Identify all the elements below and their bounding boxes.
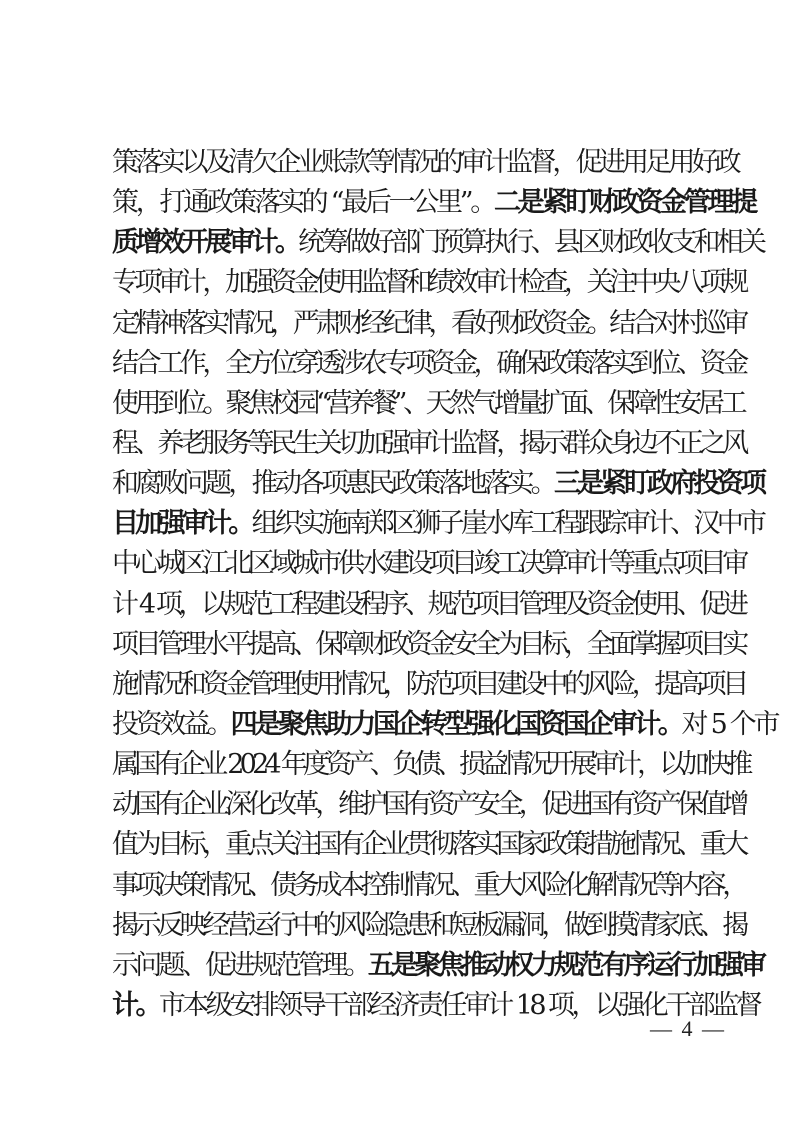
text-segment: 中心城区江北区域城市供水建设项目竣工决算审计等重点项目审 xyxy=(112,544,745,584)
text-segment: 计 4 项，以规范工程建设程序、规范项目管理及资金使用、促进 xyxy=(112,585,745,625)
section-heading-2: 二是紧盯财政资金管理提 xyxy=(494,183,755,223)
text-segment: 揭示反映经营运行中的风险隐患和短板漏洞，做到摸清家底、揭 xyxy=(112,906,745,946)
text-segment: 统筹做好部门预算执行、县区财政收支和相关 xyxy=(298,223,763,263)
text-line: 目加强审计。 组织实施南郑区狮子崖水库工程跟踪审计、汉中市 xyxy=(112,504,712,544)
text-line: 中心城区江北区域城市供水建设项目竣工决算审计等重点项目审 xyxy=(112,544,712,584)
section-heading-4: 四是聚焦助力国企转型强化国资国企审计。 xyxy=(231,705,682,745)
text-segment: 投资效益。 xyxy=(112,705,231,745)
text-line: 结合工作，全方位穿透涉农专项资金，确保政策落实到位、资金 xyxy=(112,344,712,384)
text-segment: 程、养老服务等民生关切加强审计监督，揭示群众身边不正之风 xyxy=(112,424,745,464)
section-heading-3: 三是紧盯政府投资项 xyxy=(554,464,763,504)
text-segment: 事项决策情况、债务成本控制情况、重大风险化解情况等内容， xyxy=(112,866,745,906)
text-line: 示问题、促进规范管理。 五是聚焦推动权力规范有序运行加强审 xyxy=(112,946,712,986)
text-segment: 动国有企业深化改革，维护国有资产安全，促进国有资产保值增 xyxy=(112,785,745,825)
page-number: — 4 — xyxy=(650,1016,726,1042)
text-line: 值为目标，重点关注国有企业贯彻落实国家政策措施情况、重大 xyxy=(112,825,712,865)
text-segment: 属国有企业 2024 年度资产、负债、损益情况开展审计，以加快推 xyxy=(112,745,749,785)
body-paragraph: 策落实以及清欠企业账款等情况的审计监督，促进用足用好政 策，打通政策落实的 “最… xyxy=(112,143,712,1026)
text-line: 策落实以及清欠企业账款等情况的审计监督，促进用足用好政 xyxy=(112,143,712,183)
text-line: 定精神落实情况，严肃财经纪律，看好财政资金。结合对村巡审 xyxy=(112,304,712,344)
text-line: 项目管理水平提高、保障财政资金安全为目标，全面掌握项目实 xyxy=(112,625,712,665)
section-heading-2: 质增效开展审计。 xyxy=(112,223,298,263)
text-segment: 专项审计，加强资金使用监督和绩效审计检查，关注中央八项规 xyxy=(112,263,745,303)
text-segment: 策，打通政策落实的 “最后一公里”。 xyxy=(112,183,494,223)
text-segment: 定精神落实情况，严肃财经纪律，看好财政资金。结合对村巡审 xyxy=(112,304,745,344)
text-segment: 对 5 个市 xyxy=(682,705,778,745)
text-segment: 和腐败问题，推动各项惠民政策落地落实。 xyxy=(112,464,554,504)
text-line: 使用到位。聚焦校园“营养餐”、天然气增量扩面、保障性安居工 xyxy=(112,384,712,424)
text-line: 和腐败问题，推动各项惠民政策落地落实。 三是紧盯政府投资项 xyxy=(112,464,712,504)
text-line: 揭示反映经营运行中的风险隐患和短板漏洞，做到摸清家底、揭 xyxy=(112,906,712,946)
text-line: 质增效开展审计。 统筹做好部门预算执行、县区财政收支和相关 xyxy=(112,223,712,263)
text-line: 事项决策情况、债务成本控制情况、重大风险化解情况等内容， xyxy=(112,866,712,906)
text-segment: 项目管理水平提高、保障财政资金安全为目标，全面掌握项目实 xyxy=(112,625,745,665)
text-line: 投资效益。 四是聚焦助力国企转型强化国资国企审计。 对 5 个市 xyxy=(112,705,712,745)
text-segment: 值为目标，重点关注国有企业贯彻落实国家政策措施情况、重大 xyxy=(112,825,745,865)
section-heading-5: 五是聚焦推动权力规范有序运行加强审 xyxy=(368,946,763,986)
text-segment: 施情况和资金管理使用情况，防范项目建设中的风险，提高项目 xyxy=(112,665,745,705)
text-line: 程、养老服务等民生关切加强审计监督，揭示群众身边不正之风 xyxy=(112,424,712,464)
text-segment: 使用到位。聚焦校园“营养餐”、天然气增量扩面、保障性安居工 xyxy=(112,384,743,424)
text-line: 专项审计，加强资金使用监督和绩效审计检查，关注中央八项规 xyxy=(112,263,712,303)
text-line: 属国有企业 2024 年度资产、负债、损益情况开展审计，以加快推 xyxy=(112,745,712,785)
text-line: 策，打通政策落实的 “最后一公里”。 二是紧盯财政资金管理提 xyxy=(112,183,712,223)
text-line: 计 4 项，以规范工程建设程序、规范项目管理及资金使用、促进 xyxy=(112,585,712,625)
text-line: 动国有企业深化改革，维护国有资产安全，促进国有资产保值增 xyxy=(112,785,712,825)
text-segment: 组织实施南郑区狮子崖水库工程跟踪审计、汉中市 xyxy=(252,504,764,544)
section-heading-3: 目加强审计。 xyxy=(112,504,252,544)
text-segment: 结合工作，全方位穿透涉农专项资金，确保政策落实到位、资金 xyxy=(112,344,745,384)
section-heading-5: 计。 xyxy=(112,986,159,1026)
text-segment: 示问题、促进规范管理。 xyxy=(112,946,368,986)
document-page: 策落实以及清欠企业账款等情况的审计监督，促进用足用好政 策，打通政策落实的 “最… xyxy=(0,0,793,1121)
text-line: 施情况和资金管理使用情况，防范项目建设中的风险，提高项目 xyxy=(112,665,712,705)
text-line: 计。 市本级安排领导干部经济责任审计 18 项，以强化干部监督 xyxy=(112,986,712,1026)
text-segment: 策落实以及清欠企业账款等情况的审计监督，促进用足用好政 xyxy=(112,143,738,183)
